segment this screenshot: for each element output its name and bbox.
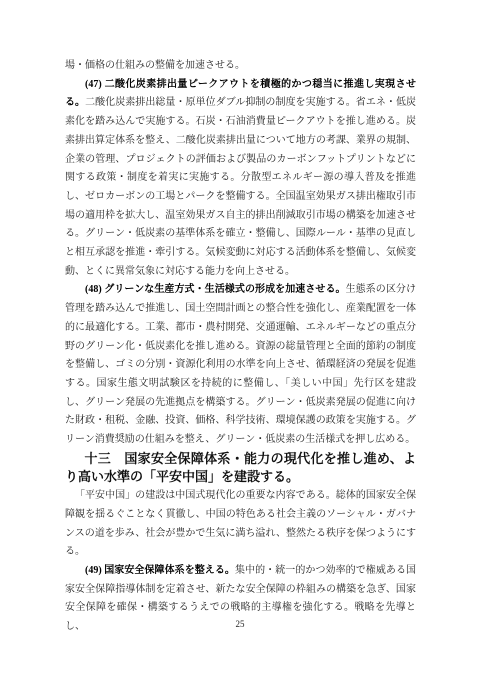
paragraph-49-lead: (49) 国家安全保障体系を整える。 (85, 565, 235, 576)
section-13-heading: 十三 国家安全保障体系・能力の現代化を推し進め、より高い水準の「平安中国」を建設… (65, 450, 416, 487)
paragraph-48-body: 生態系の区分け管理を踏み込んで推進し、国土空間計画との整合性を強化し、産業配置を… (65, 284, 416, 445)
paragraph-continuation: 場・価格の仕組みの整備を加速させる。 (65, 57, 416, 76)
page-number: 25 (0, 617, 480, 631)
paragraph-47-body: 二酸化炭素排出総量・原単位ダブル抑制の制度を実施する。省エネ・低炭素化を踏み込ん… (65, 97, 416, 276)
document-page: 場・価格の仕組みの整備を加速させる。 (47) 二酸化炭素排出量ピークアウトを積… (0, 0, 480, 679)
paragraph-pingan-china: 「平安中国」の建設は中国式現代化の重要な内容である。総体的国家安全保障観を揺るぐ… (65, 487, 416, 562)
paragraph-48-lead: (48) グリーンな生産方式・生活様式の形成を加速させる。 (85, 284, 346, 295)
paragraph-47: (47) 二酸化炭素排出量ピークアウトを積極的かつ穏当に推進し実現させる。二酸化… (65, 76, 416, 282)
paragraph-48: (48) グリーンな生産方式・生活様式の形成を加速させる。生態系の区分け管理を踏… (65, 281, 416, 449)
text-column: 場・価格の仕組みの整備を加速させる。 (47) 二酸化炭素排出量ピークアウトを積… (65, 57, 416, 637)
